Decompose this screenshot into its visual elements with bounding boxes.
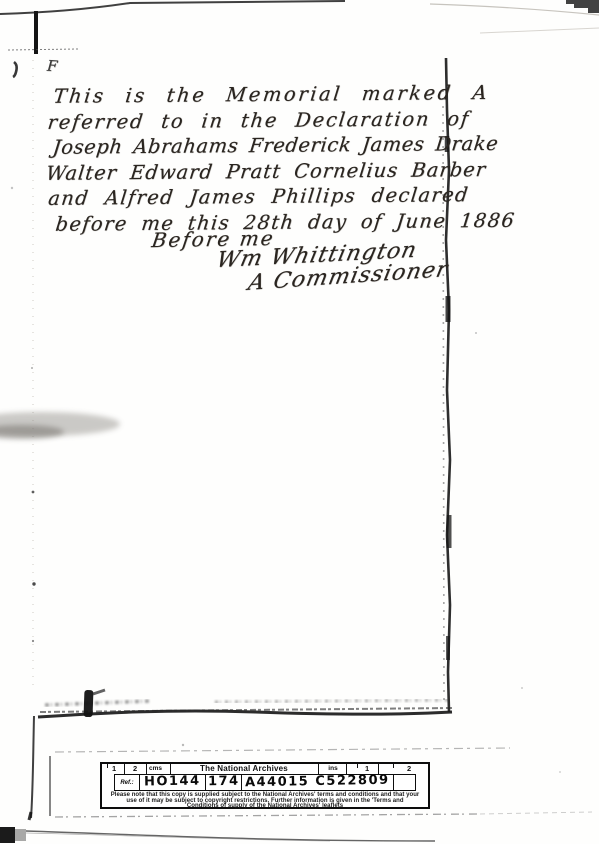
- memorial-line: and Alfred James Phillips declared: [47, 182, 468, 211]
- memorial-line: Walter Edward Pratt Cornelius Barber: [45, 157, 468, 186]
- ruler-in-2: 2: [407, 764, 411, 774]
- fold-bar: [34, 11, 38, 54]
- strip-line-top: [55, 748, 510, 752]
- stamp-title: The National Archives: [170, 764, 318, 774]
- scan-corner-blob: [566, 0, 599, 13]
- memorial-line: This is the Memorial marked A: [52, 80, 467, 109]
- notice-line: Conditions of supply of the National Arc…: [102, 804, 428, 810]
- ref-value-piece: 174: [206, 775, 242, 790]
- bottom-sweep-line: [26, 831, 435, 841]
- memorial-line: Joseph Abrahams Frederick James Drake: [51, 131, 467, 160]
- stamp-copyright-notice: Please note that this copy is supplied s…: [102, 793, 428, 810]
- ref-handwritten-value: HO144: [144, 775, 201, 789]
- page-top-edge-faint: [430, 4, 599, 15]
- ref-handwritten-value: A44015 C522809: [245, 774, 390, 790]
- ref-handwritten-value: 174: [208, 775, 240, 789]
- national-archives-stamp: 1 2 cms The National Archives ins 1 2 Re…: [100, 762, 430, 809]
- ruler-cm-1: 1: [112, 764, 116, 774]
- scanned-document-page: { "page": { "corner_mark": "F" }, "memor…: [0, 0, 599, 844]
- memorial-line: referred to in the Declaration of: [46, 106, 467, 135]
- ref-value-item: A44015 C522809: [242, 775, 394, 790]
- ruler-tick: [393, 764, 394, 768]
- memorial-text-block: This is the Memorial marked A referred t…: [45, 80, 466, 237]
- corner-mark: F: [46, 57, 58, 76]
- ruler-separator: [146, 764, 147, 774]
- ruler-tick: [357, 764, 358, 768]
- ruler-tick: [107, 764, 108, 768]
- page-top-edge: [0, 1, 345, 14]
- ruler-cm-2: 2: [133, 764, 137, 774]
- strip-line-bottom: [55, 814, 480, 817]
- stamp-ref-row: Ref.: HO144 174 A44015 C522809: [114, 774, 416, 791]
- corner-blob: [84, 690, 94, 717]
- ref-label: Ref.:: [115, 775, 140, 790]
- bottom-corner-block: [0, 827, 15, 843]
- crease-tail: [31, 716, 34, 818]
- ruler-cms-label: cms: [149, 764, 162, 774]
- ref-empty-cell: [394, 775, 415, 790]
- ruler-ins-label: ins: [320, 764, 346, 774]
- ruler-separator: [124, 764, 125, 774]
- ref-value-series: HO144: [140, 775, 206, 790]
- ink-blot: [13, 62, 17, 77]
